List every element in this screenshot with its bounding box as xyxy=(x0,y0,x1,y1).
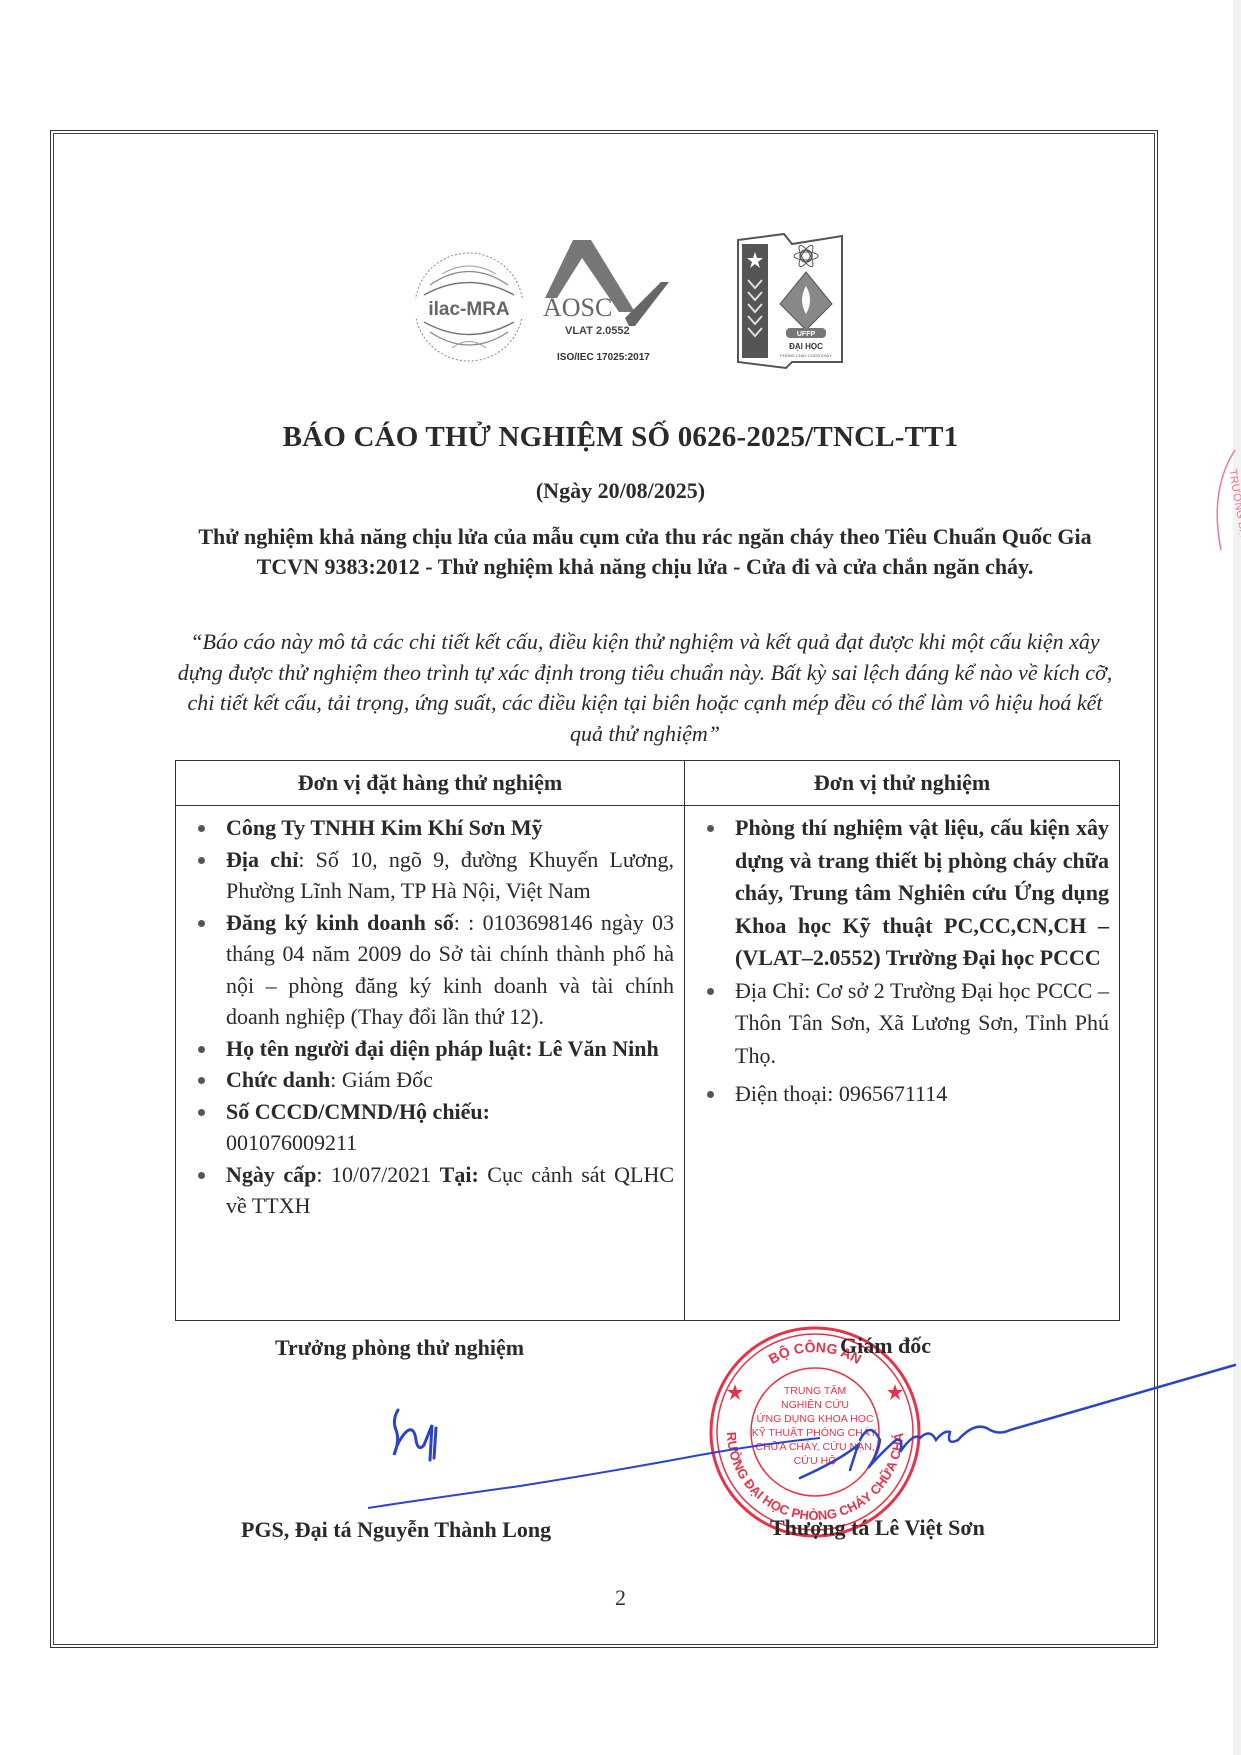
table-header-row: Đơn vị đặt hàng thử nghiệm Đơn vị thử ng… xyxy=(176,761,1120,806)
signer-right-title: Giám đốc xyxy=(840,1333,931,1359)
signer-right-name: Thượng tá Lê Việt Sơn xyxy=(770,1515,985,1541)
table-row: Công Ty TNHH Kim Khí Sơn Mỹ Địa chỉ: Số … xyxy=(176,806,1120,1321)
list-item: Họ tên người đại diện pháp luật: Lê Văn … xyxy=(184,1033,674,1065)
logo-row: ilac-MRA AOSC VLAT 2.0552 ISO/IEC 17025:… xyxy=(0,230,1241,375)
client-position: : Giám Đốc xyxy=(330,1067,433,1092)
list-item: Phòng thí nghiệm vật liệu, cấu kiện xây … xyxy=(693,812,1109,975)
lab-name: Phòng thí nghiệm vật liệu, cấu kiện xây … xyxy=(735,815,1109,970)
list-item: Đăng ký kinh doanh số: : 0103698146 ngày… xyxy=(184,907,674,1033)
report-date: (Ngày 20/08/2025) xyxy=(0,478,1241,504)
svg-text:ilac-MRA: ilac-MRA xyxy=(428,299,510,320)
university-logo: UFFP ĐẠI HỌC PHÒNG CHÁY CHỮA CHÁY xyxy=(734,230,846,370)
client-issue-date: : 10/07/2021 xyxy=(316,1162,439,1187)
ilac-mra-logo: ilac-MRA xyxy=(412,250,527,365)
list-item: Địa Chỉ: Cơ sở 2 Trường Đại học PCCC – T… xyxy=(693,975,1109,1073)
svg-text:CHỮA CHÁY, CỨU NẠN,: CHỮA CHÁY, CỨU NẠN, xyxy=(755,1440,874,1453)
lab-list: Phòng thí nghiệm vật liệu, cấu kiện xây … xyxy=(693,812,1109,1111)
svg-text:ỨNG DỤNG KHOA HỌC: ỨNG DỤNG KHOA HỌC xyxy=(757,1412,874,1425)
svg-text:AOSC: AOSC xyxy=(543,293,612,322)
signer-left-name: PGS, Đại tá Nguyễn Thành Long xyxy=(241,1517,551,1543)
header-lab: Đơn vị thử nghiệm xyxy=(685,761,1120,806)
header-client: Đơn vị đặt hàng thử nghiệm xyxy=(176,761,685,806)
client-cell: Công Ty TNHH Kim Khí Sơn Mỹ Địa chỉ: Số … xyxy=(176,806,685,1321)
list-item: Điện thoại: 0965671114 xyxy=(693,1078,1109,1111)
client-list: Công Ty TNHH Kim Khí Sơn Mỹ Địa chỉ: Số … xyxy=(184,812,674,1222)
side-seal-stamp-partial: TRƯỜNG ĐẠ xyxy=(1205,430,1241,570)
svg-text:NGHIÊN CỨU: NGHIÊN CỨU xyxy=(781,1398,849,1411)
svg-text:TRUNG TÂM: TRUNG TÂM xyxy=(784,1384,846,1397)
lab-address: Địa Chỉ: Cơ sở 2 Trường Đại học PCCC – T… xyxy=(735,978,1109,1068)
lab-phone: Điện thoại: 0965671114 xyxy=(735,1081,947,1106)
page-number: 2 xyxy=(0,1585,1241,1611)
svg-text:VLAT 2.0552: VLAT 2.0552 xyxy=(565,325,630,337)
svg-text:CỨU HỘ: CỨU HỘ xyxy=(794,1454,837,1467)
list-item: Công Ty TNHH Kim Khí Sơn Mỹ xyxy=(184,812,674,844)
report-subject: Thử nghiệm khả năng chịu lửa của mẫu cụm… xyxy=(175,522,1115,582)
svg-text:ĐẠI HỌC: ĐẠI HỌC xyxy=(789,342,823,351)
signer-left-title: Trưởng phòng thử nghiệm xyxy=(275,1335,524,1361)
list-item: Địa chỉ: Số 10, ngõ 9, đường Khuyến Lươn… xyxy=(184,844,674,907)
svg-text:KỸ THUẬT PHÒNG CHÁY,: KỸ THUẬT PHÒNG CHÁY, xyxy=(752,1426,879,1439)
lab-cell: Phòng thí nghiệm vật liệu, cấu kiện xây … xyxy=(685,806,1120,1321)
aosc-logo: AOSC VLAT 2.0552 ISO/IEC 17025:2017 xyxy=(535,240,670,375)
parties-table: Đơn vị đặt hàng thử nghiệm Đơn vị thử ng… xyxy=(175,760,1120,1321)
svg-text:PHÒNG CHÁY CHỮA CHÁY: PHÒNG CHÁY CHỮA CHÁY xyxy=(780,353,832,358)
svg-text:TRƯỜNG ĐẠ: TRƯỜNG ĐẠ xyxy=(1226,468,1241,538)
list-item: Chức danh: Giám Đốc xyxy=(184,1064,674,1096)
report-disclaimer-quote: “Báo cáo này mô tả các chi tiết kết cấu,… xyxy=(170,627,1120,749)
list-item: Ngày cấp: 10/07/2021 Tại: Cục cảnh sát Q… xyxy=(184,1159,674,1222)
client-id-number: 001076009211 xyxy=(226,1130,357,1155)
report-title: BÁO CÁO THỬ NGHIỆM SỐ 0626-2025/TNCL-TT1 xyxy=(0,421,1241,454)
list-item: Số CCCD/CMND/Hộ chiếu:001076009211 xyxy=(184,1096,674,1159)
client-company: Công Ty TNHH Kim Khí Sơn Mỹ xyxy=(226,815,543,840)
svg-text:ISO/IEC 17025:2017: ISO/IEC 17025:2017 xyxy=(557,352,650,363)
client-representative: Họ tên người đại diện pháp luật: Lê Văn … xyxy=(226,1036,659,1061)
svg-text:UFFP: UFFP xyxy=(797,331,816,338)
